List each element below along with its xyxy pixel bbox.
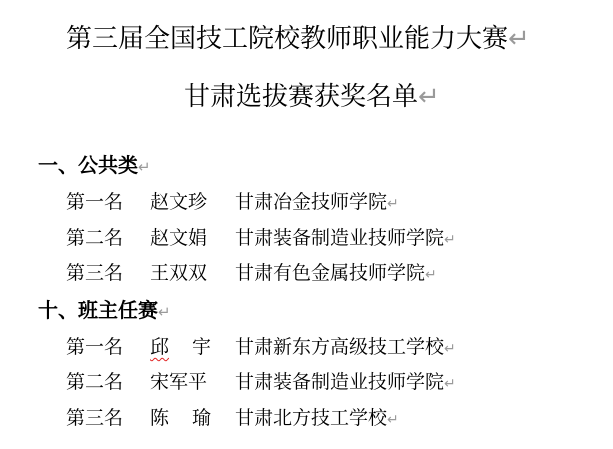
paragraph-mark-icon: ↵ [387,196,399,212]
paragraph-mark-icon: ↵ [444,232,456,248]
entry-school: 甘肃新东方高级技工学校↵ [235,333,456,363]
title-line2-text: 甘肃选拔赛获奖名单 [184,82,418,112]
entry-school-text: 甘肃北方技工学校 [235,407,387,429]
document-title-line1: 第三届全国技工院校教师职业能力大赛↵ [66,22,606,56]
entry-name-part1: 陈 [150,404,169,432]
entry-school: 甘肃装备制造业技师学院↵ [235,224,456,254]
entry-school: 甘肃北方技工学校↵ [235,404,399,434]
entry-school-text: 甘肃装备制造业技师学院 [235,227,444,249]
section-heading-text: 一、公共类 [38,153,138,177]
entry-name: 赵文娟 [150,224,207,252]
entry-rank: 第一名 [66,188,123,216]
entry-rank: 第三名 [66,404,123,432]
paragraph-mark-icon: ↵ [158,303,171,321]
paragraph-mark-icon: ↵ [387,412,399,428]
section-heading-text: 十、班主任赛 [38,298,158,322]
paragraph-mark-icon: ↵ [444,341,456,357]
entry-name: 宋军平 [150,368,207,396]
entry-name-part2: 宇 [192,333,211,361]
entry-name: 赵文珍 [150,188,207,216]
section-heading-class-teacher: 十、班主任赛↵ [38,296,171,326]
title-line1-text: 第三届全国技工院校教师职业能力大赛 [66,24,508,54]
document-title-line2: 甘肃选拔赛获奖名单↵ [184,80,484,114]
entry-school: 甘肃冶金技师学院↵ [235,188,399,218]
section-heading-public: 一、公共类↵ [38,151,151,181]
paragraph-mark-icon: ↵ [425,267,437,283]
paragraph-mark-icon: ↵ [418,82,440,112]
entry-school: 甘肃装备制造业技师学院↵ [235,368,456,398]
entry-school-text: 甘肃冶金技师学院 [235,191,387,213]
entry-name: 王双双 [150,259,207,287]
entry-rank: 第一名 [66,333,123,361]
paragraph-mark-icon: ↵ [444,376,456,392]
entry-name-spellcheck-flagged[interactable]: 邱 [150,333,169,361]
entry-rank: 第二名 [66,368,123,396]
entry-rank: 第三名 [66,259,123,287]
paragraph-mark-icon: ↵ [138,158,151,176]
entry-school-text: 甘肃装备制造业技师学院 [235,371,444,393]
entry-school-text: 甘肃新东方高级技工学校 [235,336,444,358]
entry-name-part2: 瑜 [192,404,211,432]
entry-school-text: 甘肃有色金属技师学院 [235,262,425,284]
entry-rank: 第二名 [66,224,123,252]
entry-school: 甘肃有色金属技师学院↵ [235,259,437,289]
paragraph-mark-icon: ↵ [508,24,530,54]
